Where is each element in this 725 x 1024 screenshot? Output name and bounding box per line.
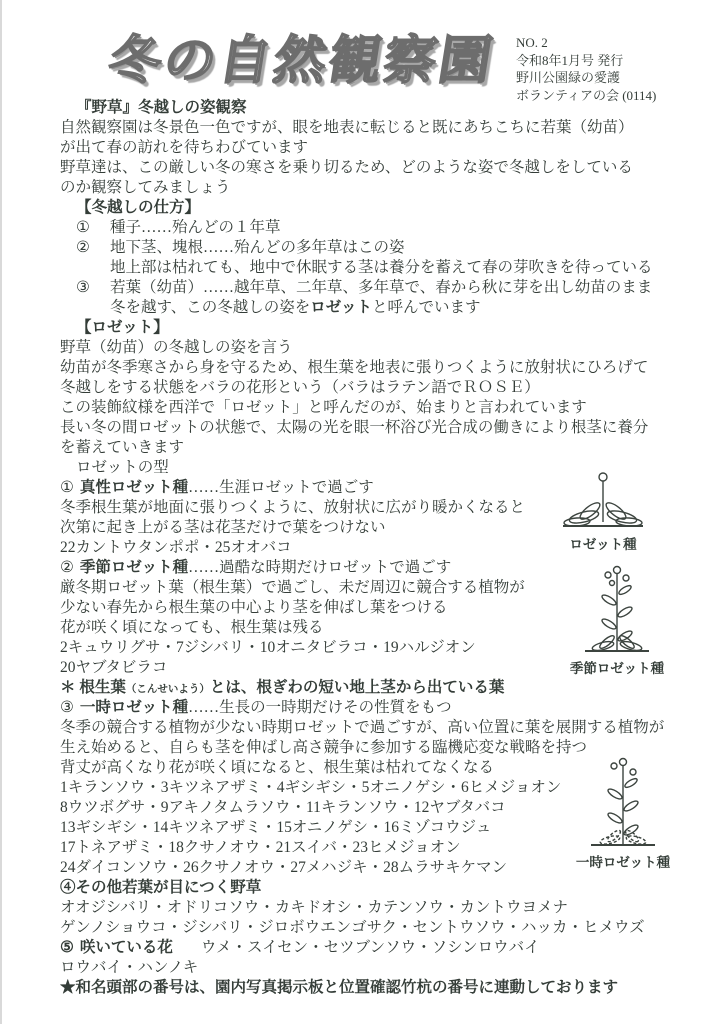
publisher-line1: 野川公園緑の愛護 bbox=[516, 69, 656, 87]
paragraph-line: 野草達は、この厳しい冬の寒さを乗り切るため、どのような姿で冬越しをしている bbox=[60, 158, 700, 178]
page-title: 冬の自然観察園 bbox=[104, 18, 501, 93]
masthead: 冬の自然観察園 NO. 2 令和8年1月号 発行 野川公園緑の愛護 ボランティア… bbox=[2, 0, 725, 98]
type-name: 季節ロゼット種 bbox=[80, 559, 188, 576]
newsletter-page: 冬の自然観察園 NO. 2 令和8年1月号 発行 野川公園緑の愛護 ボランティア… bbox=[0, 0, 725, 1024]
paragraph-line: この装飾紋様を西洋で「ロゼット」と呼んだのが、始まりと言われています bbox=[60, 398, 700, 418]
species-list-line: オオジシバリ・オドリコソウ・カキドオシ・カテンソウ・カントウヨメナ bbox=[60, 898, 700, 918]
text-run: ……過酷な時期だけロゼットで過ごす bbox=[188, 559, 451, 576]
item-number: ② bbox=[76, 238, 110, 258]
type5-heading: ⑤咲いている花ウメ・スイセン・セツブンソウ・ソシンロウバイ bbox=[60, 938, 700, 958]
paragraph-line: 幼苗が冬季寒さから身を守るため、根生葉を地表に張りつくように放射状にひろげて bbox=[60, 358, 700, 378]
furigana: （こんせいよう） bbox=[126, 684, 210, 695]
item-number: ① bbox=[76, 218, 110, 238]
text-run: ……生長の一時期だけその性質をもつ bbox=[188, 699, 452, 716]
item-text: 地下茎、塊根……殆んどの多年草はこの姿 bbox=[110, 239, 405, 256]
section-heading-rosette: 【ロゼット】 bbox=[76, 318, 700, 338]
item-number: ② bbox=[60, 559, 74, 576]
seasonal-rosette-illustration bbox=[571, 560, 663, 656]
list-item: ②地下茎、塊根……殆んどの多年草はこの姿 bbox=[76, 238, 700, 258]
section-heading-yasou: 『野草』冬越しの姿観察 bbox=[76, 98, 700, 118]
rosette-figure: ロゼット種 bbox=[547, 468, 659, 553]
list-item: ③若葉（幼苗）……越年草、二年草、多年草で、春から秋に芽を出し幼苗のまま bbox=[76, 278, 700, 298]
paragraph-line: 自然観察園は冬景色一色ですが、眼を地表に転じると既にあちこちに若葉（幼苗） bbox=[60, 118, 700, 138]
text-run: 冬を越す、この冬越しの姿を bbox=[110, 299, 310, 316]
text-run: とは、根ぎわの短い地上茎から出ている葉 bbox=[210, 679, 505, 696]
text-run: ……生涯ロゼットで過ごす bbox=[188, 479, 374, 496]
type-name: 真性ロゼット種 bbox=[80, 479, 188, 496]
item-number: ⑤ bbox=[60, 939, 74, 956]
issue-number: NO. 2 bbox=[516, 34, 656, 52]
glossary-note: ＊ 根生葉（こんせいよう）とは、根ぎわの短い地上茎から出ている葉 bbox=[60, 678, 700, 698]
seasonal-rosette-figure: 季節ロゼット種 bbox=[552, 560, 682, 677]
figure-caption: ロゼット種 bbox=[547, 533, 659, 553]
paragraph-line: 冬季の競合する植物が少ない時期ロゼットで過ごすが、高い位置に葉を展開する植物が bbox=[60, 718, 700, 738]
list-item-continuation: 地上部は枯れても、地中で休眠する茎は養分を蓄えて春の芽吹きを待っている bbox=[110, 258, 700, 278]
item-text: 若葉（幼苗）……越年草、二年草、多年草で、春から秋に芽を出し幼苗のまま bbox=[110, 279, 652, 296]
temporary-rosette-figure: 一時ロゼット種 bbox=[555, 752, 691, 871]
paragraph-line: 冬越しをする状態をバラの花形という（バラはラテン語でＲＯＳＥ） bbox=[60, 378, 700, 398]
section-heading-wintering: 【冬越しの仕方】 bbox=[76, 198, 700, 218]
footer-note: ★和名頭部の番号は、園内写真掲示板と位置確認竹杭の番号に連動しております bbox=[60, 978, 700, 998]
list-item: ①種子……殆んどの１年草 bbox=[76, 218, 700, 238]
type-name: その他若葉が目につく野草 bbox=[76, 879, 262, 896]
item-text: 種子……殆んどの１年草 bbox=[110, 219, 281, 236]
paragraph-line: のか観察してみましょう bbox=[60, 178, 700, 198]
species-list-inline: ウメ・スイセン・セツブンソウ・ソシンロウバイ bbox=[201, 939, 540, 956]
text-run: ＊ bbox=[60, 679, 79, 696]
species-list-line: ゲンノショウコ・ジシバリ・ジロボウエンゴサク・セントウソウ・ハッカ・ヒメウズ bbox=[60, 918, 700, 938]
figure-caption: 一時ロゼット種 bbox=[555, 851, 691, 871]
list-item-continuation: 冬を越す、この冬越しの姿をロゼットと呼んでいます bbox=[110, 298, 700, 318]
species-list-line: ロウバイ・ハンノキ bbox=[60, 958, 700, 978]
paragraph-line: を蓄えていきます bbox=[60, 438, 700, 458]
issue-info: NO. 2 令和8年1月号 発行 野川公園緑の愛護 ボランティアの会 (0114… bbox=[516, 34, 656, 104]
item-number: ③ bbox=[76, 278, 110, 298]
type-name: 咲いている花 bbox=[80, 939, 173, 956]
emphasized-term: ロゼット bbox=[310, 299, 372, 316]
type4-heading: ④その他若葉が目につく野草 bbox=[60, 878, 700, 898]
temporary-rosette-illustration bbox=[577, 752, 669, 850]
type-name: 一時ロゼット種 bbox=[80, 699, 188, 716]
glossary-term: 根生葉 bbox=[79, 679, 126, 696]
issue-date: 令和8年1月号 発行 bbox=[516, 52, 656, 70]
text-run: と呼んでいます bbox=[372, 299, 481, 316]
item-number: ③ bbox=[60, 699, 74, 716]
paragraph-line: 野草（幼苗）の冬越しの姿を言う bbox=[60, 338, 700, 358]
item-number: ① bbox=[60, 479, 74, 496]
rosette-illustration bbox=[557, 468, 649, 532]
paragraph-line: が出て春の訪れを待ちわびています bbox=[60, 138, 700, 158]
type3-heading: ③一時ロゼット種……生長の一時期だけその性質をもつ bbox=[60, 698, 700, 718]
paragraph-line: 長い冬の間ロゼットの状態で、太陽の光を眼一杯浴び光合成の働きにより根茎に養分 bbox=[60, 418, 700, 438]
figure-caption: 季節ロゼット種 bbox=[552, 657, 682, 677]
item-number: ④ bbox=[60, 879, 76, 896]
